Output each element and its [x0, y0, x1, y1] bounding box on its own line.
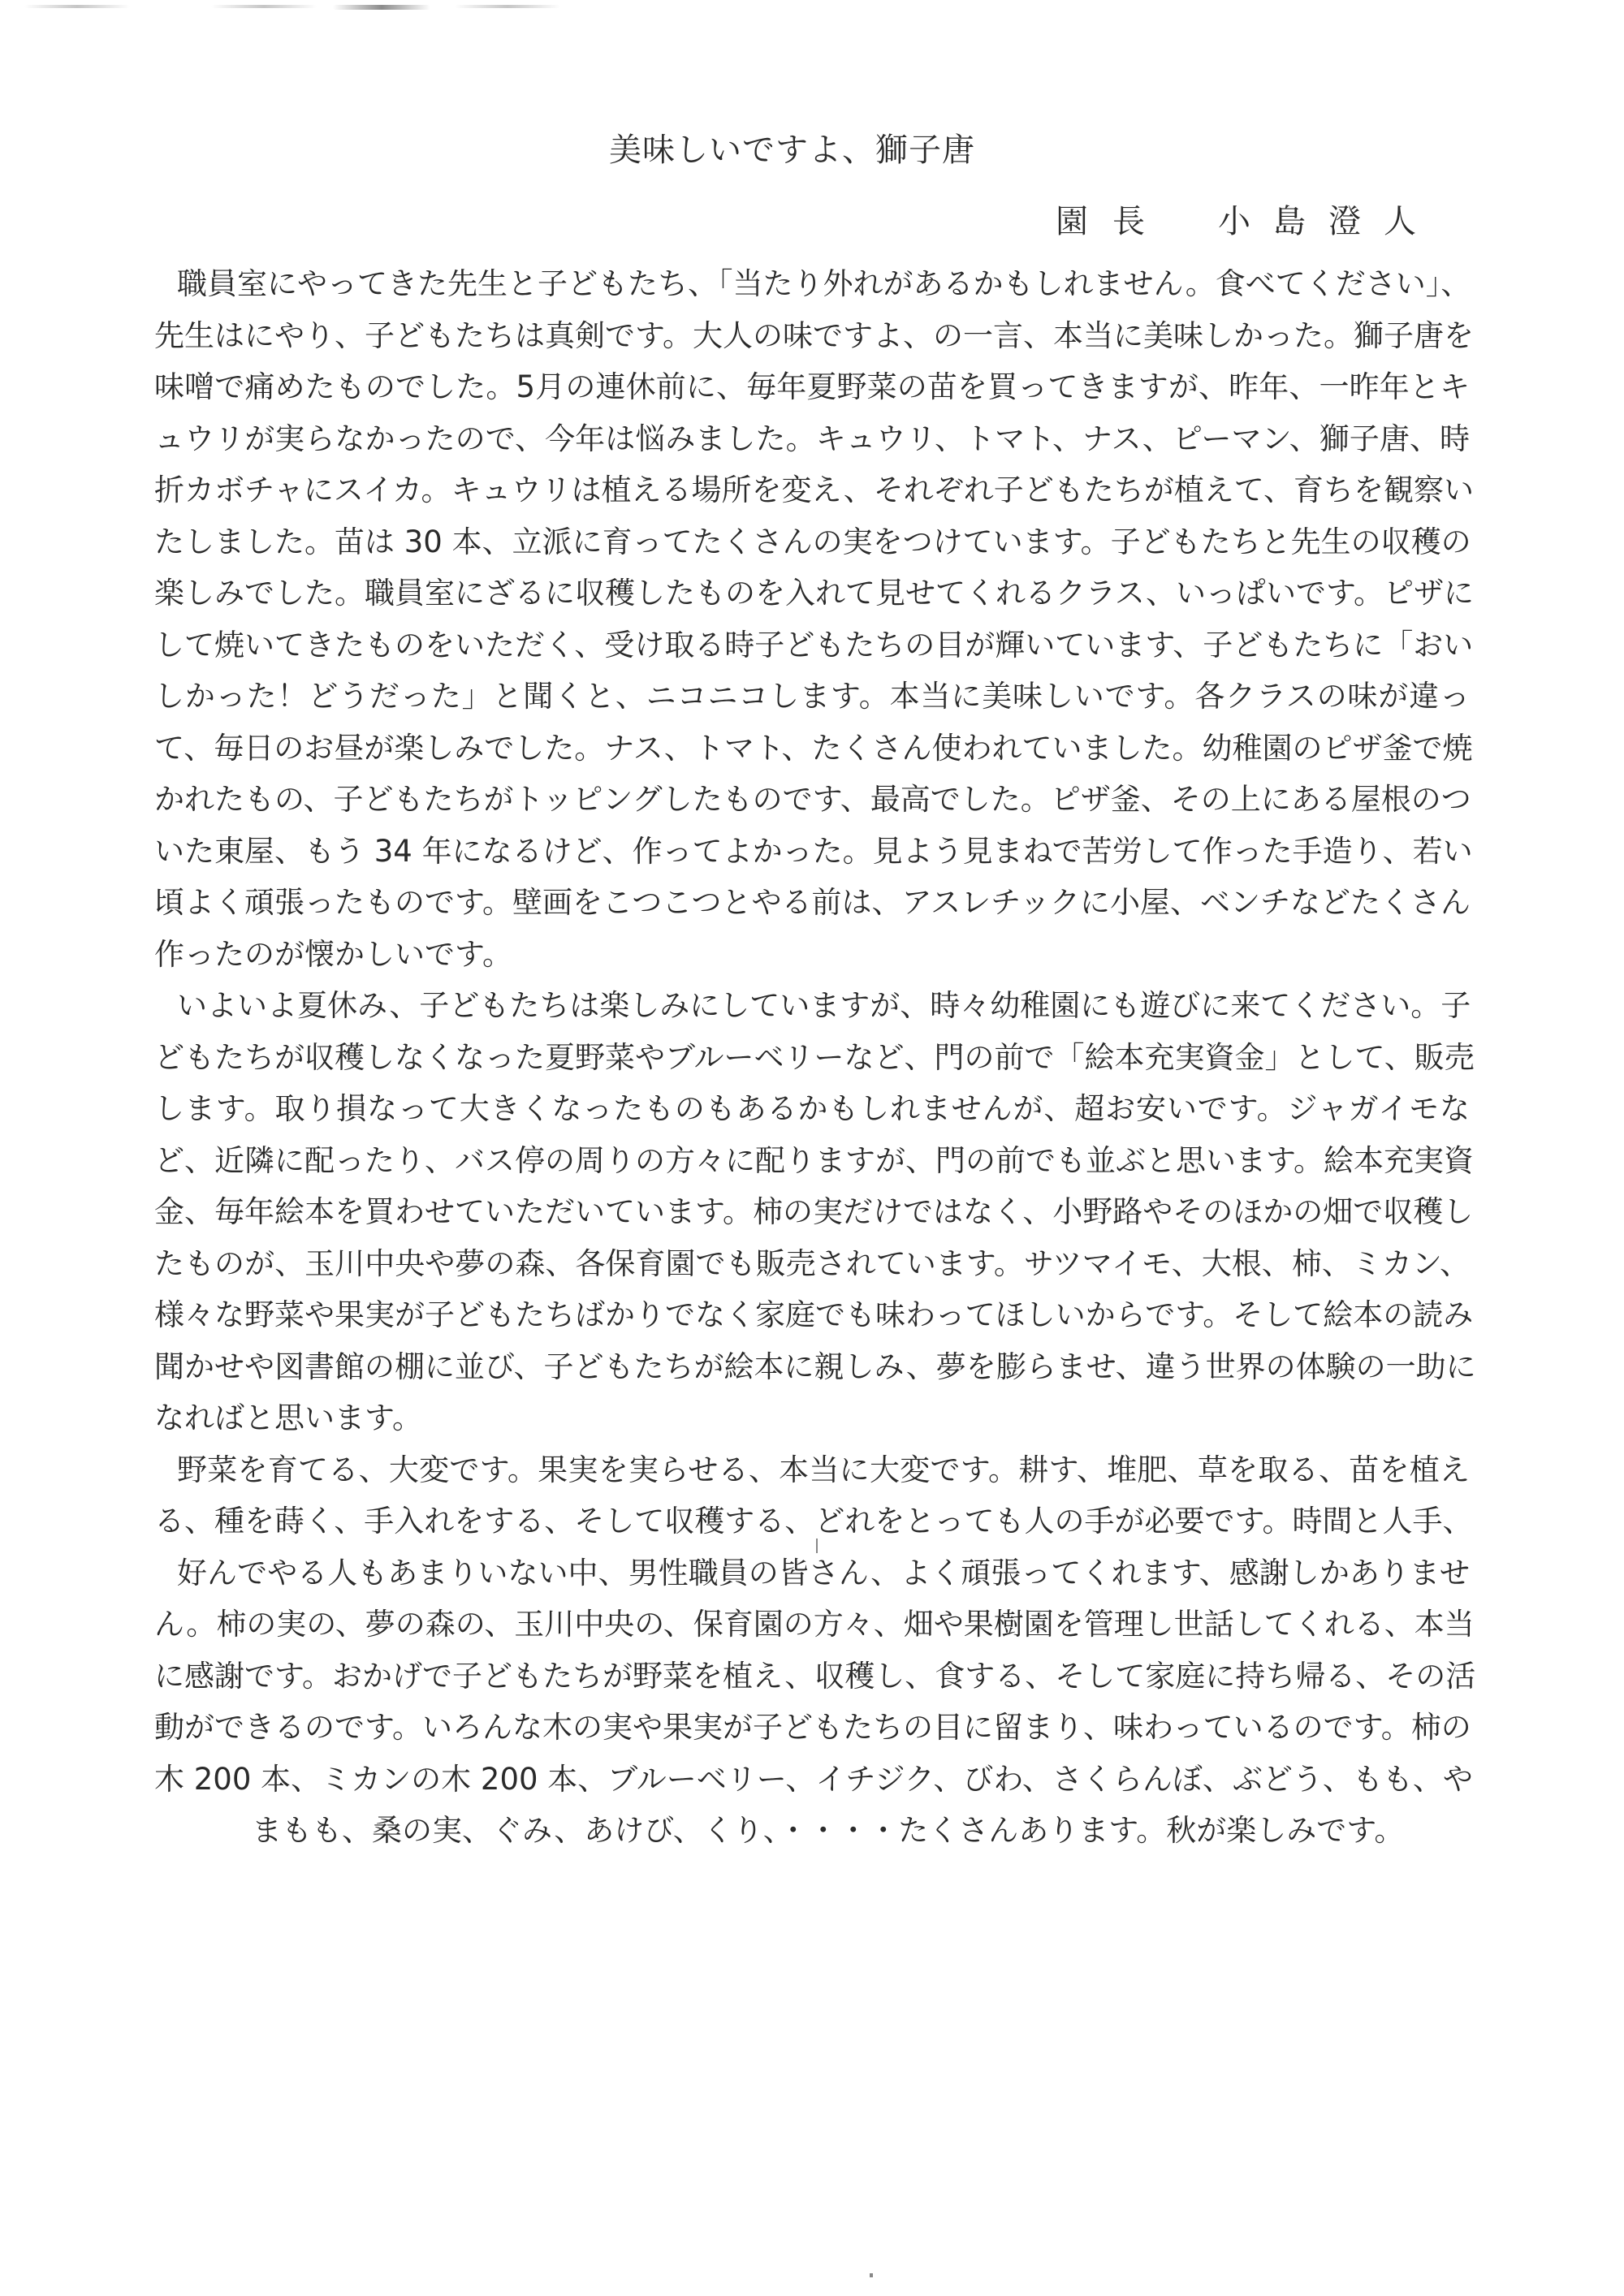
text-line: 木 200 本、ミカンの木 200 本、ブルーベリー、イチジク、びわ、さくらんぼ… — [154, 1754, 1470, 1806]
text-line: 頃よく頑張ったものです。壁画をこつこつとやる前は、アスレチックに小屋、ベンチなど… — [154, 877, 1470, 929]
document-body: 職員室にやってきた先生と子どもたち、「当たり外れがあるかもしれません。食べてくだ… — [154, 258, 1470, 1857]
text-line: 職員室にやってきた先生と子どもたち、「当たり外れがあるかもしれません。食べてくだ… — [154, 258, 1470, 310]
text-line: 作ったのが懐かしいです。 — [154, 929, 1470, 981]
text-line: に感謝です。おかげで子どもたちが野菜を植え、収穫し、食する、そして家庭に持ち帰る… — [154, 1651, 1470, 1703]
text-line: まもも、桑の実、ぐみ、あけび、くり、・・・・たくさんあります。秋が楽しみです。 — [154, 1805, 1470, 1857]
text-line: 動ができるのです。いろんな木の実や果実が子どもたちの目に留まり、味わっているので… — [154, 1702, 1470, 1754]
document-title: 美味しいですよ、獅子唐 — [0, 130, 1624, 170]
text-line: 先生はにやり、子どもたちは真剣です。大人の味ですよ、の一言、本当に美味しかった。… — [154, 310, 1470, 362]
text-line: ど、近隣に配ったり、バス停の周りの方々に配りますが、門の前でも並ぶと思います。絵… — [154, 1135, 1470, 1187]
text-line: どもたちが収穫しなくなった夏野菜やブルーベリーなど、門の前で「絵本充実資金」とし… — [154, 1032, 1470, 1084]
text-line: しかった！どうだった」と聞くと、ニコニコします。本当に美味しいです。各クラスの味… — [154, 671, 1470, 723]
text-line: 好んでやる人もあまりいない中、男性職員の皆さん、よく頑張ってくれます、感謝しかあ… — [154, 1547, 1470, 1599]
text-line: なればと思います。 — [154, 1392, 1470, 1444]
text-line: かれたもの、子どもたちがトッピングしたものです、最高でした。ピザ釜、その上にある… — [154, 774, 1470, 826]
text-line: たしました。苗は 30 本、立派に育ってたくさんの実をつけています。子どもたちと… — [154, 516, 1470, 568]
document-page: 美味しいですよ、獅子唐 園長小島澄人 職員室にやってきた先生と子どもたち、「当た… — [0, 0, 1624, 2296]
text-line: 味噌で痛めたものでした。5月の連休前に、毎年夏野菜の苗を買ってきますが、昨年、一… — [154, 361, 1470, 413]
paragraph: いよいよ夏休み、子どもたちは楽しみにしていますが、時々幼稚園にも遊びに来てくださ… — [154, 980, 1470, 1444]
text-line: いよいよ夏休み、子どもたちは楽しみにしていますが、時々幼稚園にも遊びに来てくださ… — [154, 980, 1470, 1032]
paragraph: 野菜を育てる、大変です。果実を実らせる、本当に大変です。耕す、堆肥、草を取る、苗… — [154, 1444, 1470, 1857]
text-line: たものが、玉川中央や夢の森、各保育園でも販売されています。サツマイモ、大根、柿、… — [154, 1238, 1470, 1290]
text-line: 金、毎年絵本を買わせていただいています。柿の実だけではなく、小野路やそのほかの畑… — [154, 1186, 1470, 1238]
text-line: します。取り損なって大きくなったものもあるかもしれませんが、超お安いです。ジャガ… — [154, 1083, 1470, 1135]
text-line: して焼いてきたものをいただく、受け取る時子どもたちの目が輝いています、子どもたち… — [154, 619, 1470, 671]
scan-speck — [870, 2273, 873, 2277]
text-line: いた東屋、もう 34 年になるけど、作ってよかった。見よう見まねで苦労して作った… — [154, 826, 1470, 878]
text-line: ュウリが実らなかったので、今年は悩みました。キュウリ、トマト、ナス、ピーマン、獅… — [154, 413, 1470, 465]
paragraph: 職員室にやってきた先生と子どもたち、「当たり外れがあるかもしれません。食べてくだ… — [154, 258, 1470, 980]
text-line: 折カボチャにスイカ。キュウリは植える場所を変え、それぞれ子どもたちが植えて、育ち… — [154, 464, 1470, 516]
author-byline: 園長小島澄人 — [1056, 201, 1439, 242]
scan-speck — [816, 1539, 818, 1553]
text-line: 野菜を育てる、大変です。果実を実らせる、本当に大変です。耕す、堆肥、草を取る、苗… — [154, 1444, 1470, 1496]
text-line: 様々な野菜や果実が子どもたちばかりでなく家庭でも味わってほしいからです。そして絵… — [154, 1289, 1470, 1341]
text-line: ん。柿の実の、夢の森の、玉川中央の、保育園の方々、畑や果樹園を管理し世話してくれ… — [154, 1599, 1470, 1651]
text-line: 楽しみでした。職員室にざるに収穫したものを入れて見せてくれるクラス、いっぱいです… — [154, 568, 1470, 619]
text-line: て、毎日のお昼が楽しみでした。ナス、トマト、たくさん使われていました。幼稚園のピ… — [154, 723, 1470, 775]
author-name: 小島澄人 — [1218, 203, 1439, 240]
text-line: 聞かせや図書館の棚に並び、子どもたちが絵本に親しみ、夢を膨らませ、違う世界の体験… — [154, 1341, 1470, 1393]
text-line: る、種を蒔く、手入れをする、そして収穫する、どれをとっても人の手が必要です。時間… — [154, 1495, 1470, 1547]
author-role: 園長 — [1056, 203, 1169, 240]
